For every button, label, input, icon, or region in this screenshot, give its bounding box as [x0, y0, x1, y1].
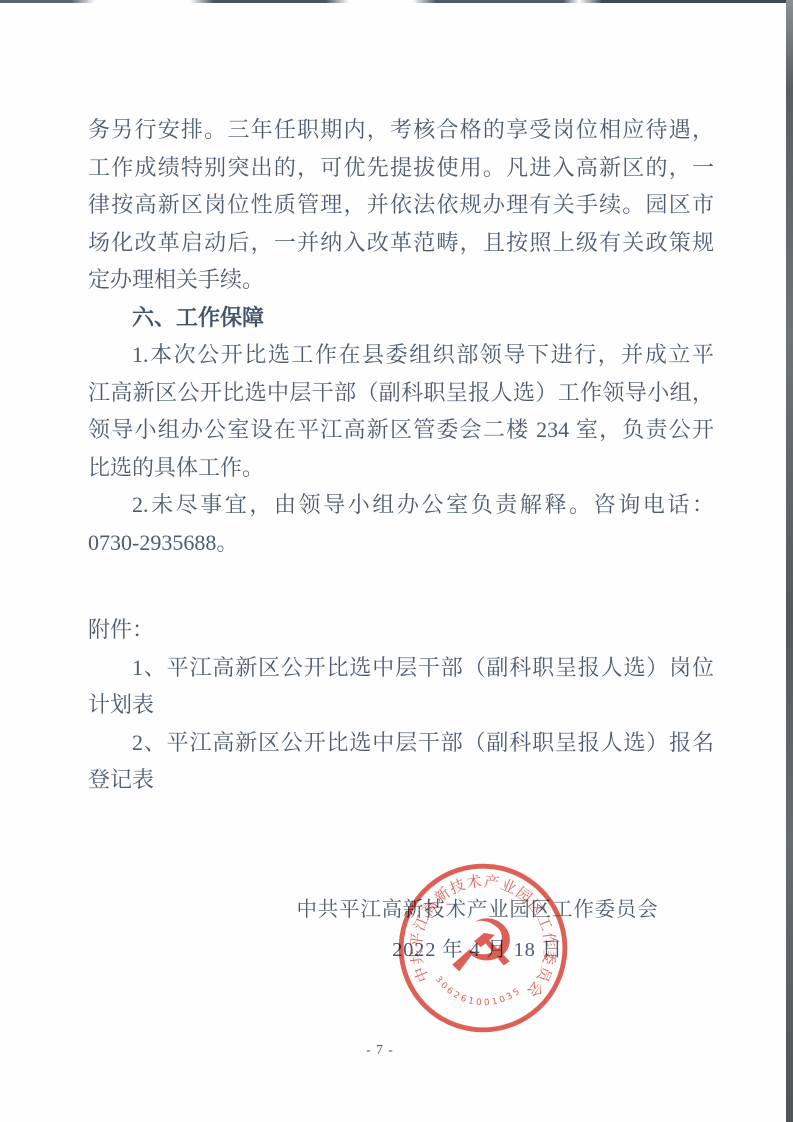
official-seal: 中共平江高新技术产业园区工作委员会 ☭ 43062610010357: [384, 849, 583, 1048]
scan-artifact-right-edge: [786, 0, 793, 1122]
text-line: 江高新区公开比选中层干部（副科职呈报人选）工作领导小组，: [88, 374, 714, 412]
attachment-item-1-wrap: 计划表: [88, 686, 714, 724]
text-line: 1.本次公开比选工作在县委组织部领导下进行，并成立平: [88, 336, 714, 374]
document-page: 务另行安排。三年任职期内，考核合格的享受岗位相应待遇， 工作成绩特别突出的，可优…: [0, 0, 793, 1122]
attachments-section: 附件： 1、平江高新区公开比选中层干部（副科职呈报人选）岗位 计划表 2、平江高…: [88, 611, 714, 799]
text-line: 比选的具体工作。: [88, 449, 714, 487]
attachment-item-1: 1、平江高新区公开比选中层干部（副科职呈报人选）岗位: [88, 649, 714, 687]
hammer-and-sickle-icon: ☭: [442, 899, 523, 998]
text-line: 领导小组办公室设在平江高新区管委会二楼 234 室，负责公开: [88, 411, 714, 449]
paragraph-contact: 2.未尽事宜，由领导小组办公室负责解释。咨询电话： 0730-2935688。: [88, 486, 714, 561]
text-line: 务另行安排。三年任职期内，考核合格的享受岗位相应待遇，: [88, 111, 714, 149]
contact-phone-line: 0730-2935688。: [88, 524, 714, 562]
attachments-label: 附件：: [88, 611, 714, 649]
scan-artifact-top-edge: [0, 0, 793, 3]
page-number: - 7 -: [340, 1042, 420, 1058]
paragraph-continuation: 务另行安排。三年任职期内，考核合格的享受岗位相应待遇， 工作成绩特别突出的，可优…: [88, 111, 714, 299]
text-line: 2.未尽事宜，由领导小组办公室负责解释。咨询电话：: [88, 486, 714, 524]
text-line: 律按高新区岗位性质管理，并依法依规办理有关手续。园区市: [88, 186, 714, 224]
attachment-item-2: 2、平江高新区公开比选中层干部（副科职呈报人选）报名: [88, 724, 714, 762]
text-line: 工作成绩特别突出的，可优先提拔使用。凡进入高新区的，一: [88, 149, 714, 187]
section-heading: 六、工作保障: [88, 299, 714, 337]
text-line: 定办理相关手续。: [88, 261, 714, 299]
attachment-item-2-wrap: 登记表: [88, 761, 714, 799]
text-line: 场化改革启动后，一并纳入改革范畴，且按照上级有关政策规: [88, 224, 714, 262]
paragraph-work-leadership: 1.本次公开比选工作在县委组织部领导下进行，并成立平 江高新区公开比选中层干部（…: [88, 336, 714, 486]
document-body: 务另行安排。三年任职期内，考核合格的享受岗位相应待遇， 工作成绩特别突出的，可优…: [88, 111, 714, 799]
